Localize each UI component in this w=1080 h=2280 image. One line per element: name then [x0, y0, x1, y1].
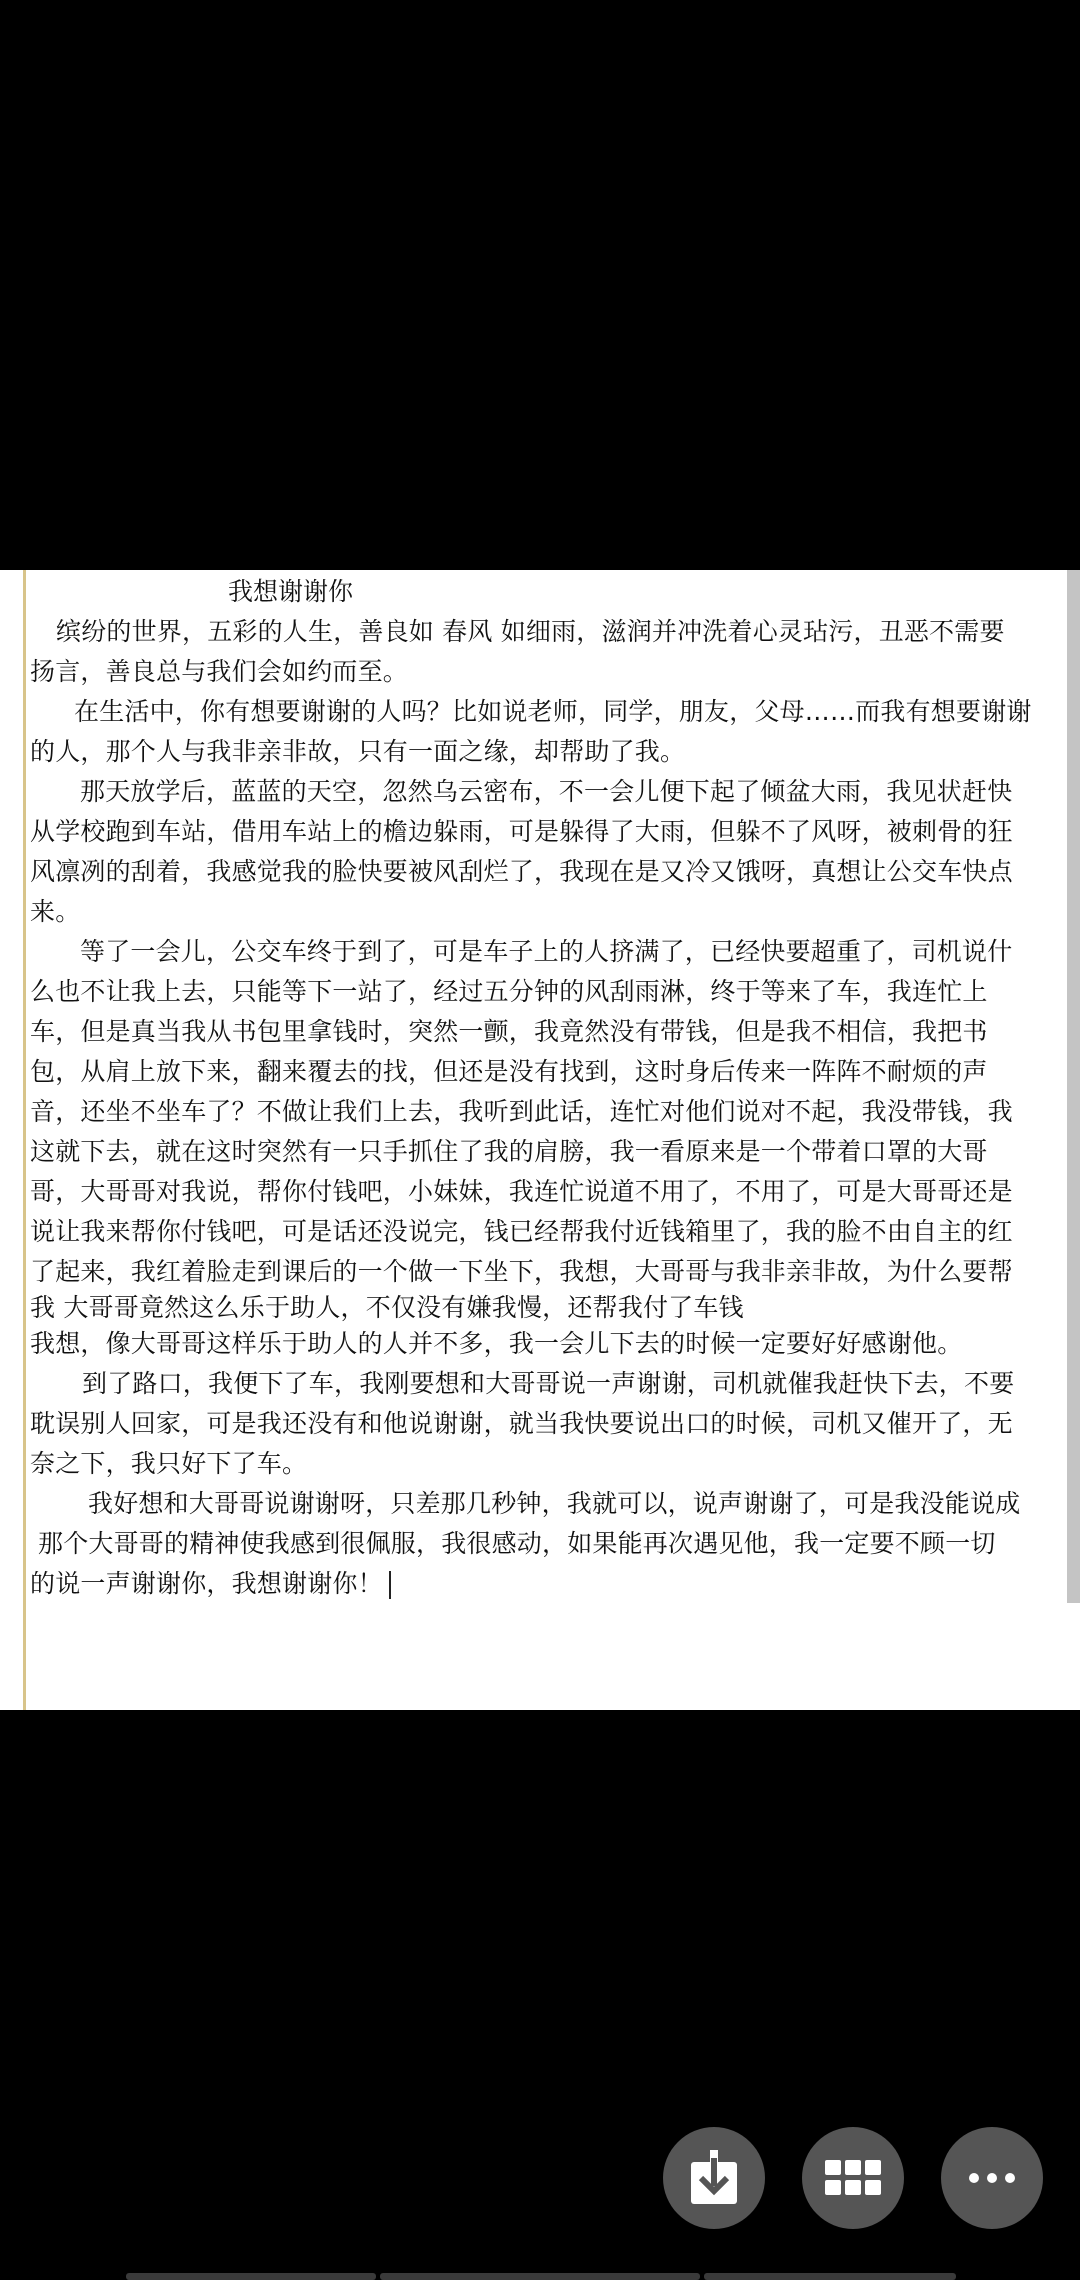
- more-options-button[interactable]: [941, 2127, 1043, 2229]
- text-line: 到了路口，我便下了车，我刚要想和大哥哥说一声谢谢，司机就催我赶快下去，不要: [30, 1366, 1014, 1402]
- text-line: 在生活中，你有想要谢谢的人吗？比如说老师，同学，朋友，父母……而我有想要谢谢: [30, 694, 1032, 730]
- text-line: 风凛冽的刮着，我感觉我的脸快要被风刮烂了，我现在是又冷又饿呀，真想让公交车快点: [30, 854, 1013, 890]
- download-icon: [689, 2150, 739, 2206]
- document-title: 我想谢谢你: [228, 574, 353, 610]
- text-line: 等了一会儿，公交车终于到了，可是车子上的人挤满了，已经快要超重了，司机说什: [30, 934, 1012, 970]
- text-line: 么也不让我上去，只能等下一站了，经过五分钟的风刮雨淋，终于等来了车，我连忙上: [30, 974, 988, 1010]
- text-line: 那个大哥哥的精神使我感到很佩服，我很感动，如果能再次遇见他，我一定要不顾一切: [30, 1526, 996, 1562]
- text-line: 缤纷的世界，五彩的人生，善良如 春风 如细雨，滋润并冲洗着心灵玷污，丑恶不需要: [30, 614, 1005, 650]
- text-line: 从学校跑到车站，借用车站上的檐边躲雨，可是躲得了大雨，但躲不了风呀，被刺骨的狂: [30, 814, 1013, 850]
- document-screenshot[interactable]: 我想谢谢你 缤纷的世界，五彩的人生，善良如 春风 如细雨，滋润并冲洗着心灵玷污，…: [0, 570, 1080, 1710]
- page-indicator-segment: [126, 2273, 376, 2280]
- text-line: 音，还坐不坐车了？不做让我们上去，我听到此话，连忙对他们说对不起，我没带钱，我: [30, 1094, 1013, 1130]
- page-indicator-segment: [380, 2273, 700, 2280]
- text-line: 车，但是真当我从书包里拿钱时，突然一颤，我竟然没有带钱，但是我不相信，我把书: [30, 1014, 988, 1050]
- grid-icon: [825, 2160, 881, 2196]
- image-viewer: 我想谢谢你 缤纷的世界，五彩的人生，善良如 春风 如细雨，滋润并冲洗着心灵玷污，…: [0, 0, 1080, 2280]
- text-line: 来。: [30, 894, 80, 930]
- text-line: 说让我来帮你付钱吧，可是话还没说完，钱已经帮我付近钱箱里了，我的脸不由自主的红: [30, 1214, 1013, 1250]
- text-line: 这就下去，就在这时突然有一只手抓住了我的肩膀，我一看原来是一个带着口罩的大哥: [30, 1134, 988, 1170]
- text-line: 那天放学后，蓝蓝的天空，忽然乌云密布，不一会儿便下起了倾盆大雨，我见状赶快: [30, 774, 1012, 810]
- text-line: 奈之下，我只好下了车。: [30, 1446, 307, 1482]
- text-line: 我 大哥哥竟然这么乐于助人，不仅没有嫌我慢，还帮我付了车钱: [30, 1290, 744, 1326]
- text-line: 的说一声谢谢你，我想谢谢你！: [30, 1566, 391, 1602]
- more-icon: [968, 2172, 1016, 2184]
- text-line: 我好想和大哥哥说谢谢呀，只差那几秒钟，我就可以，说声谢谢了，可是我没能说成: [30, 1486, 1020, 1522]
- text-line: 耽误别人回家，可是我还没有和他说谢谢，就当我快要说出口的时候，司机又催开了，无: [30, 1406, 1013, 1442]
- page-indicator-segment: [704, 2273, 956, 2280]
- text-cursor: [389, 1571, 391, 1599]
- margin-guide-line: [23, 570, 26, 1710]
- text-line: 了起来，我红着脸走到课后的一个做一下坐下，我想，大哥哥与我非亲非故，为什么要帮: [30, 1254, 1013, 1290]
- grid-view-button[interactable]: [802, 2127, 904, 2229]
- text-line: 我想，像大哥哥这样乐于助人的人并不多，我一会儿下去的时候一定要好好感谢他。: [30, 1326, 962, 1362]
- text-line: 包，从肩上放下来，翻来覆去的找，但还是没有找到，这时身后传来一阵阵不耐烦的声: [30, 1054, 988, 1090]
- text-line: 的人，那个人与我非亲非故，只有一面之缘，却帮助了我。: [30, 734, 685, 770]
- text-line: 扬言，善良总与我们会如约而至。: [30, 654, 408, 690]
- text-line: 哥，大哥哥对我说，帮你付钱吧，小妹妹，我连忙说道不用了，不用了，可是大哥哥还是: [30, 1174, 1013, 1210]
- save-to-device-button[interactable]: [663, 2127, 765, 2229]
- vertical-scrollbar[interactable]: [1067, 570, 1080, 1603]
